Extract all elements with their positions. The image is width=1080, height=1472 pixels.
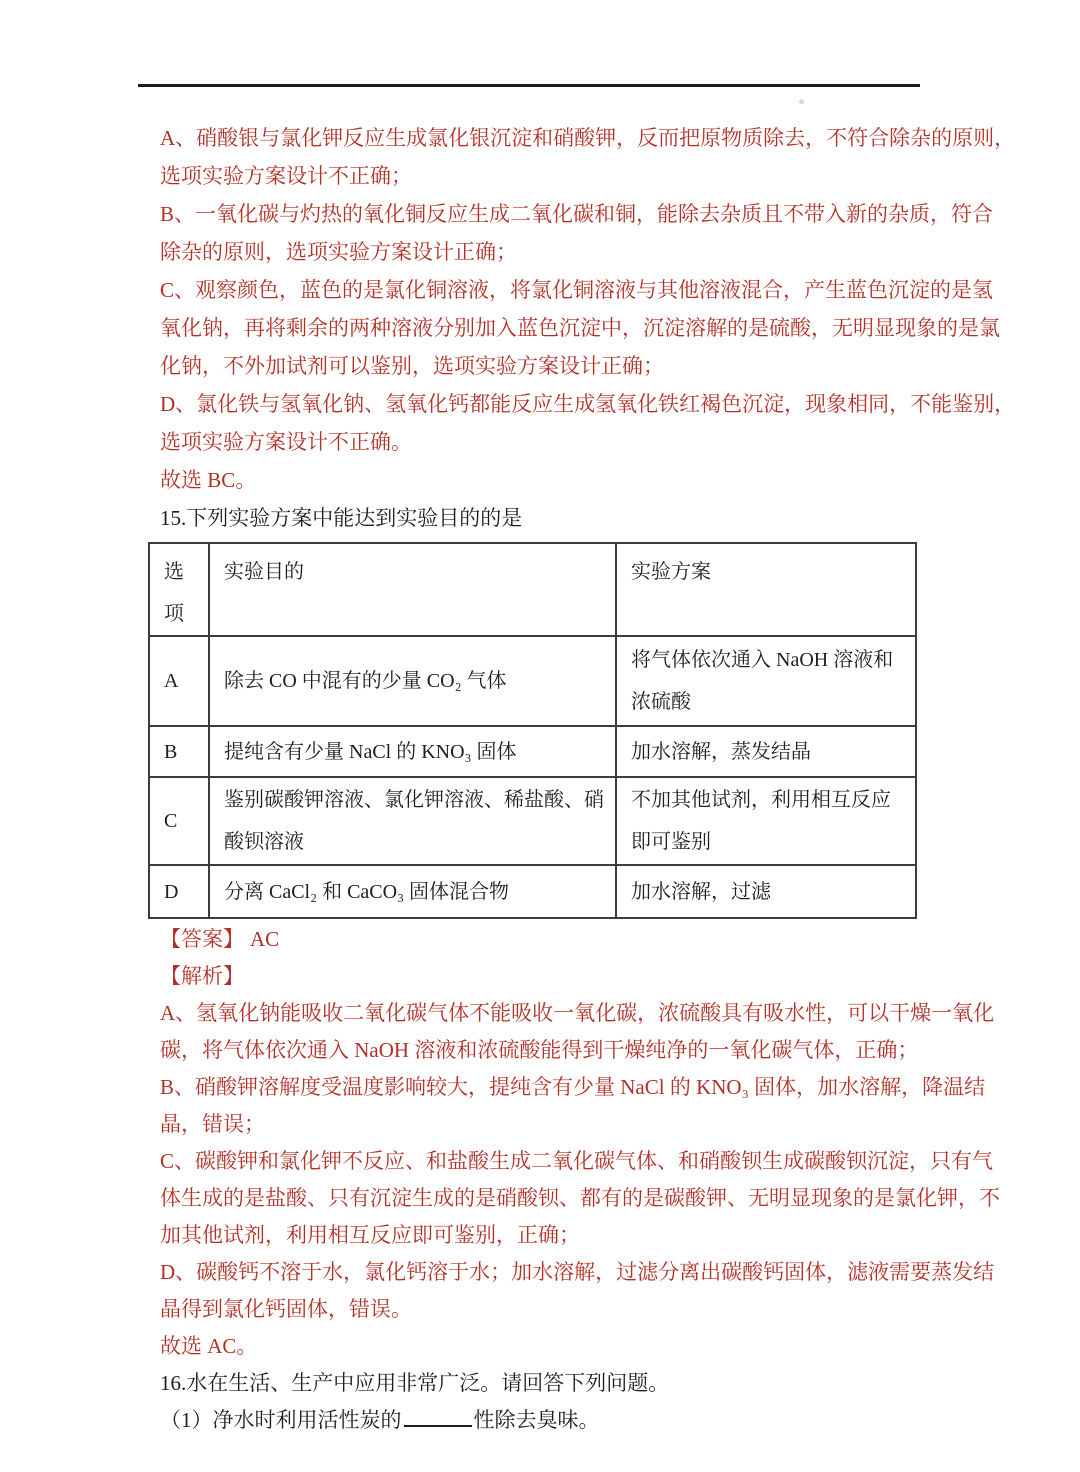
item-text-prefix: （1）净水时利用活性炭的 — [160, 1408, 402, 1432]
question-16-stem: 16.水在生活、生产中应用非常广泛。请回答下列问题。 — [160, 1365, 930, 1402]
analysis-label: 【解析】 — [160, 958, 930, 995]
analysis-line: B、一氧化碳与灼热的氧化铜反应生成二氧化碳和铜，能除去杂质且不带入新的杂质，符合 — [160, 195, 930, 233]
header-rule — [138, 84, 920, 87]
table-header-option: 选项 — [149, 543, 209, 636]
analysis-line: 氧化钠，再将剩余的两种溶液分别加入蓝色沉淀中，沉淀溶解的是硫酸，无明显现象的是氯 — [160, 309, 930, 347]
analysis-line: C、碳酸钾和氯化钾不反应、和盐酸生成二氧化碳气体、和硝酸钡生成碳酸钡沉淀，只有气 — [160, 1143, 930, 1180]
analysis-line: 选项实验方案设计不正确； — [160, 157, 930, 195]
answer-label: 【答案】 — [160, 927, 244, 951]
table-row: C 鉴别碳酸钾溶液、氯化钾溶液、稀盐酸、硝酸钡溶液 不加其他试剂，利用相互反应即… — [149, 777, 916, 865]
item-text-suffix: 性除去臭味。 — [474, 1408, 600, 1432]
question-16-item-1: （1）净水时利用活性炭的性除去臭味。 — [160, 1402, 930, 1439]
question-15-table: 选项 实验目的 实验方案 A 除去 CO 中混有的少量 CO₂ 气体 将气体依次… — [148, 542, 917, 919]
analysis-line: 晶得到氯化钙固体，错误。 — [160, 1291, 930, 1328]
option-cell: D — [149, 865, 209, 918]
page-content: A、硝酸银与氯化钾反应生成氯化银沉淀和硝酸钾，反而把原物质除去，不符合除杂的原则… — [160, 119, 930, 1439]
answer-line: 【答案】AC — [160, 921, 930, 958]
answer-value: AC — [250, 927, 279, 951]
table-row: D 分离 CaCl₂ 和 CaCO₃ 固体混合物 加水溶解，过滤 — [149, 865, 916, 918]
fill-in-blank — [404, 1405, 472, 1427]
purpose-cell: 分离 CaCl₂ 和 CaCO₃ 固体混合物 — [209, 865, 616, 918]
plan-cell: 加水溶解，过滤 — [616, 865, 916, 918]
option-cell: A — [149, 636, 209, 726]
purpose-cell: 鉴别碳酸钾溶液、氯化钾溶液、稀盐酸、硝酸钡溶液 — [209, 777, 616, 865]
plan-cell: 不加其他试剂，利用相互反应即可鉴别 — [616, 777, 916, 865]
purpose-cell: 除去 CO 中混有的少量 CO₂ 气体 — [209, 636, 616, 726]
analysis-conclusion: 故选 AC。 — [160, 1328, 930, 1365]
table-header-purpose: 实验目的 — [209, 543, 616, 636]
analysis-conclusion: 故选 BC。 — [160, 461, 930, 499]
analysis-line: A、硝酸银与氯化钾反应生成氯化银沉淀和硝酸钾，反而把原物质除去，不符合除杂的原则… — [160, 119, 930, 157]
analysis-line: 碳，将气体依次通入 NaOH 溶液和浓硫酸能得到干燥纯净的一氧化碳气体，正确； — [160, 1032, 930, 1069]
analysis-line: 晶，错误； — [160, 1106, 930, 1143]
scan-artifact — [799, 99, 804, 104]
plan-cell: 加水溶解，蒸发结晶 — [616, 726, 916, 777]
analysis-line: 除杂的原则，选项实验方案设计正确； — [160, 233, 930, 271]
purpose-cell: 提纯含有少量 NaCl 的 KNO₃ 固体 — [209, 726, 616, 777]
document-page: A、硝酸银与氯化钾反应生成氯化银沉淀和硝酸钾，反而把原物质除去，不符合除杂的原则… — [0, 0, 1080, 1472]
table-row: A 除去 CO 中混有的少量 CO₂ 气体 将气体依次通入 NaOH 溶液和浓硫… — [149, 636, 916, 726]
analysis-line: 选项实验方案设计不正确。 — [160, 423, 930, 461]
analysis-line: 体生成的是盐酸、只有沉淀生成的是硝酸钡、都有的是碳酸钾、无明显现象的是氯化钾，不 — [160, 1180, 930, 1217]
analysis-line: A、氢氧化钠能吸收二氧化碳气体不能吸收一氧化碳，浓硫酸具有吸水性，可以干燥一氧化 — [160, 995, 930, 1032]
prev-question-analysis: A、硝酸银与氯化钾反应生成氯化银沉淀和硝酸钾，反而把原物质除去，不符合除杂的原则… — [160, 119, 930, 499]
analysis-line: D、氯化铁与氢氧化钠、氢氧化钙都能反应生成氢氧化铁红褐色沉淀，现象相同，不能鉴别… — [160, 385, 930, 423]
analysis-line: 加其他试剂，利用相互反应即可鉴别，正确； — [160, 1217, 930, 1254]
analysis-line: B、硝酸钾溶解度受温度影响较大，提纯含有少量 NaCl 的 KNO₃ 固体，加水… — [160, 1069, 930, 1106]
analysis-line: C、观察颜色，蓝色的是氯化铜溶液，将氯化铜溶液与其他溶液混合，产生蓝色沉淀的是氢 — [160, 271, 930, 309]
table-header-row: 选项 实验目的 实验方案 — [149, 543, 916, 636]
table-header-plan: 实验方案 — [616, 543, 916, 636]
analysis-line: D、碳酸钙不溶于水，氯化钙溶于水；加水溶解，过滤分离出碳酸钙固体，滤液需要蒸发结 — [160, 1254, 930, 1291]
plan-cell: 将气体依次通入 NaOH 溶液和浓硫酸 — [616, 636, 916, 726]
option-cell: B — [149, 726, 209, 777]
question-15-solution: 【答案】AC 【解析】 A、氢氧化钠能吸收二氧化碳气体不能吸收一氧化碳，浓硫酸具… — [160, 921, 930, 1439]
table-row: B 提纯含有少量 NaCl 的 KNO₃ 固体 加水溶解，蒸发结晶 — [149, 726, 916, 777]
analysis-line: 化钠，不外加试剂可以鉴别，选项实验方案设计正确； — [160, 347, 930, 385]
question-15-stem: 15.下列实验方案中能达到实验目的的是 — [160, 499, 930, 537]
option-cell: C — [149, 777, 209, 865]
